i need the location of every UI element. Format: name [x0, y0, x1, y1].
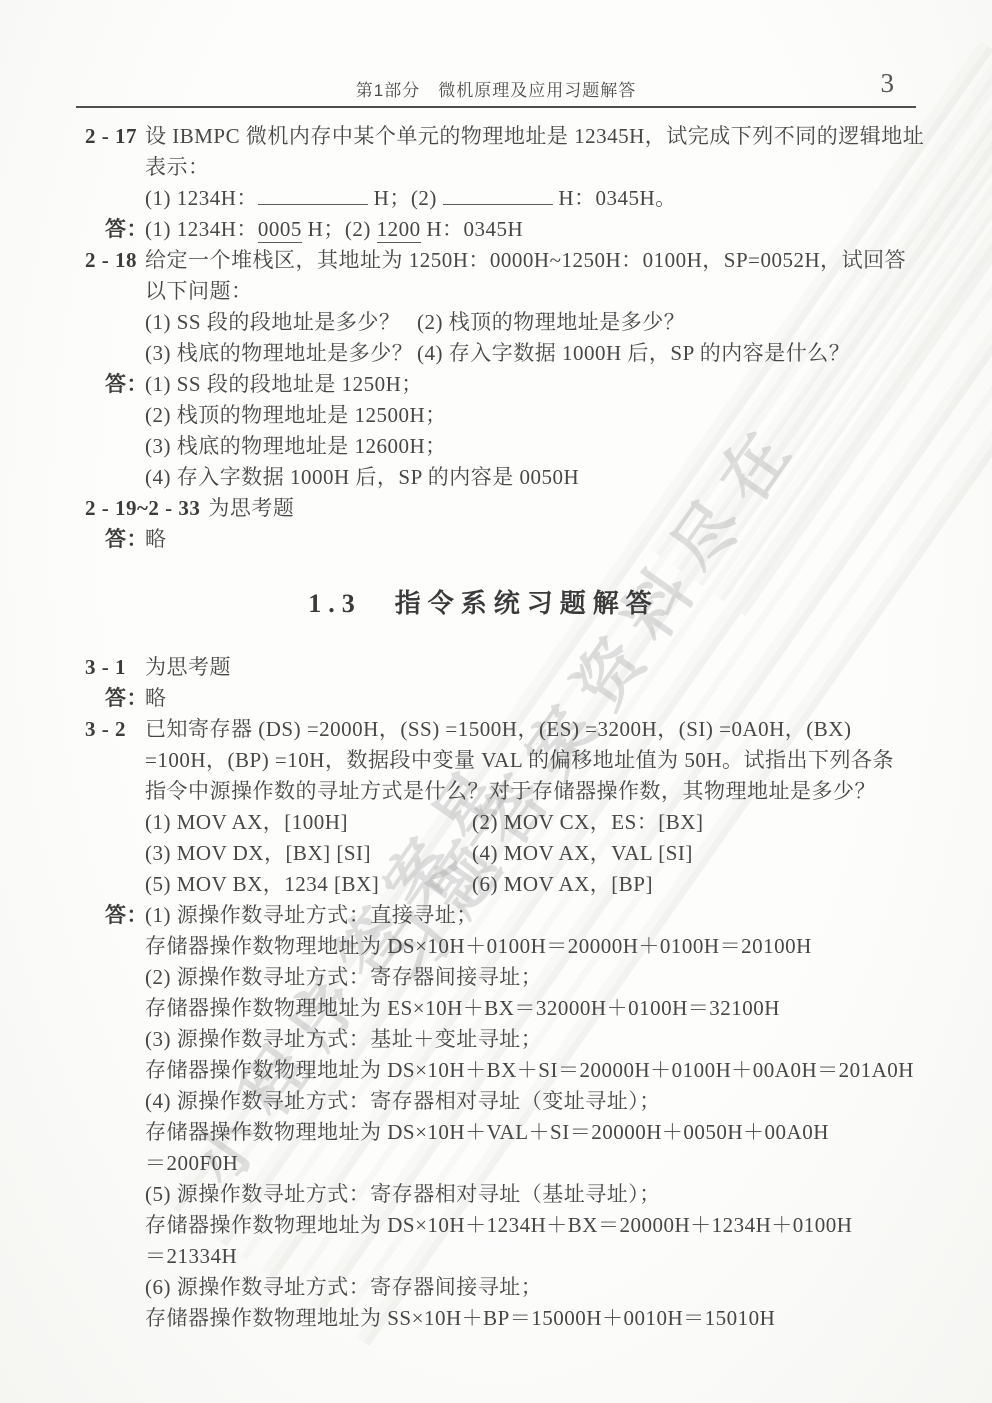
body-line: (4) 源操作数寻址方式：寄存器相对寻址（变址寻址）；	[85, 1086, 992, 1117]
column-2: (6) MOV AX，[BP]	[472, 872, 653, 896]
underlined-answer-value: 1200	[377, 217, 421, 243]
question-line: 2 - 19~2 - 33为思考题	[85, 493, 992, 524]
text-run: 为思考题	[208, 496, 294, 520]
text-run: (3) 源操作数寻址方式：基址＋变址寻址；	[145, 1027, 542, 1051]
column-1: (1) MOV AX，[100H]	[145, 807, 472, 838]
answer-line: 答：(1) SS 段的段地址是 1250H；	[85, 369, 992, 400]
body-line: 存储器操作数物理地址为 DS×10H＋1234H＋BX＝20000H＋1234H…	[85, 1210, 992, 1241]
text-run: 存储器操作数物理地址为 DS×10H＋0100H＝20000H＋0100H＝20…	[145, 934, 812, 958]
running-head-title: 第1部分 微机原理及应用习题解答	[76, 76, 916, 101]
text-run: (5) 源操作数寻址方式：寄存器相对寻址（基址寻址）；	[145, 1182, 661, 1206]
text-run: =100H，(BP) =10H，数据段中变量 VAL 的偏移地址值为 50H。试…	[145, 748, 894, 772]
body-line: 以下问题：	[85, 276, 992, 307]
text-run: ＝21334H	[145, 1244, 237, 1268]
document-body: 2 - 17设 IBMPC 微机内存中某个单元的物理地址是 12345H，试完成…	[0, 108, 992, 1334]
body-line: 表示：	[85, 152, 992, 183]
text-run: (2) 栈顶的物理地址是多少？	[417, 310, 685, 334]
question-number: 2 - 17	[85, 121, 145, 152]
text-run: 存储器操作数物理地址为 DS×10H＋VAL＋SI＝20000H＋0050H＋0…	[145, 1120, 829, 1144]
text-run: 给定一个堆栈区，其地址为 1250H：0000H~1250H：0100H，SP=…	[145, 248, 906, 272]
page-header: 第1部分 微机原理及应用习题解答 3	[0, 0, 992, 108]
text-run: 设 IBMPC 微机内存中某个单元的物理地址是 12345H，试完成下列不同的逻…	[145, 124, 924, 148]
answer-line: 答：(1) 1234H：0005 H；(2) 1200 H：0345H	[85, 214, 992, 245]
column-1: (3) 栈底的物理地址是多少？	[145, 338, 417, 369]
body-line: (1) MOV AX，[100H](2) MOV CX，ES：[BX]	[85, 807, 992, 838]
column-1: (5) MOV BX，1234 [BX]	[145, 869, 472, 900]
column-2: (4) 存入字数据 1000H 后，SP 的内容是什么？	[417, 341, 850, 365]
page-number: 3	[881, 68, 895, 99]
text-run: (2) 源操作数寻址方式：寄存器间接寻址；	[145, 965, 542, 989]
question-number: 3 - 1	[85, 652, 145, 683]
text-run: (1) 1234H：	[145, 217, 258, 241]
answer-label: 答：	[85, 683, 145, 714]
question-line: 3 - 2已知寄存器 (DS) =2000H，(SS) =1500H，(ES) …	[85, 714, 992, 745]
text-run: 已知寄存器 (DS) =2000H，(SS) =1500H，(ES) =3200…	[145, 717, 851, 741]
text-run: (5) MOV BX，1234 [BX]	[145, 872, 379, 896]
column-2: (2) 栈顶的物理地址是多少？	[417, 310, 685, 334]
body-line: (2) 栈顶的物理地址是 12500H；	[85, 400, 992, 431]
body-line: ＝200F0H	[85, 1148, 992, 1179]
question-line: 2 - 18给定一个堆栈区，其地址为 1250H：0000H~1250H：010…	[85, 245, 992, 276]
body-line: 存储器操作数物理地址为 ES×10H＋BX＝32000H＋0100H＝32100…	[85, 993, 992, 1024]
body-line: (3) 栈底的物理地址是 12600H；	[85, 431, 992, 462]
text-run: (6) MOV AX，[BP]	[472, 872, 653, 896]
blank-underline	[258, 189, 368, 205]
text-run: 略	[145, 527, 167, 551]
blank-underline	[443, 189, 553, 205]
answer-label: 答：	[85, 524, 145, 555]
text-run: 存储器操作数物理地址为 ES×10H＋BX＝32000H＋0100H＝32100…	[145, 996, 780, 1020]
answer-line: 答：略	[85, 524, 992, 555]
text-run: (4) MOV AX，VAL [SI]	[472, 841, 693, 865]
text-run: H：0345H。	[553, 186, 677, 210]
text-run: (2) MOV CX，ES：[BX]	[472, 810, 703, 834]
text-run: (3) 栈底的物理地址是 12600H；	[145, 434, 447, 458]
text-run: (1) SS 段的段地址是多少？	[145, 310, 400, 334]
text-run: 为思考题	[145, 655, 231, 679]
text-run: 存储器操作数物理地址为 SS×10H＋BP＝15000H＋0010H＝15010…	[145, 1306, 775, 1330]
question-line: 2 - 17设 IBMPC 微机内存中某个单元的物理地址是 12345H，试完成…	[85, 121, 992, 152]
text-run: H：0345H	[421, 217, 524, 241]
text-run: (6) 源操作数寻址方式：寄存器间接寻址；	[145, 1275, 542, 1299]
body-line: (5) MOV BX，1234 [BX](6) MOV AX，[BP]	[85, 869, 992, 900]
text-run: (1) 1234H：	[145, 186, 258, 210]
text-run: (1) SS 段的段地址是 1250H；	[145, 372, 423, 396]
text-run: 表示：	[145, 155, 210, 179]
question-number: 2 - 18	[85, 245, 145, 276]
answer-line: 答：(1) 源操作数寻址方式：直接寻址；	[85, 900, 992, 931]
question-number: 3 - 2	[85, 714, 145, 745]
body-line: 指令中源操作数的寻址方式是什么？对于存储器操作数，其物理地址是多少？	[85, 776, 992, 807]
text-run: 存储器操作数物理地址为 DS×10H＋BX＋SI＝20000H＋0100H＋00…	[145, 1058, 914, 1082]
answer-line: 答：略	[85, 683, 992, 714]
text-run: (1) MOV AX，[100H]	[145, 810, 348, 834]
underlined-answer-value: 0005	[258, 217, 302, 243]
text-run: (1) 源操作数寻址方式：直接寻址；	[145, 903, 478, 927]
question-line: 3 - 1为思考题	[85, 652, 992, 683]
text-run: 以下问题：	[145, 279, 253, 303]
body-line: (3) 栈底的物理地址是多少？(4) 存入字数据 1000H 后，SP 的内容是…	[85, 338, 992, 369]
body-line: 存储器操作数物理地址为 DS×10H＋0100H＝20000H＋0100H＝20…	[85, 931, 992, 962]
body-line: (6) 源操作数寻址方式：寄存器间接寻址；	[85, 1272, 992, 1303]
text-run: 存储器操作数物理地址为 DS×10H＋1234H＋BX＝20000H＋1234H…	[145, 1213, 852, 1237]
scanned-textbook-page: 习题答案资料尽在 小程序答案星 第1部分 微机原理及应用习题解答 3 2 - 1…	[0, 0, 992, 1403]
body-line: ＝21334H	[85, 1241, 992, 1272]
text-run: (4) 存入字数据 1000H 后，SP 的内容是什么？	[417, 341, 850, 365]
body-line: (3) 源操作数寻址方式：基址＋变址寻址；	[85, 1024, 992, 1055]
body-line: (5) 源操作数寻址方式：寄存器相对寻址（基址寻址）；	[85, 1179, 992, 1210]
text-run: (3) 栈底的物理地址是多少？	[145, 341, 413, 365]
body-line: (1) 1234H： H；(2) H：0345H。	[85, 183, 992, 214]
text-run: (4) 存入字数据 1000H 后，SP 的内容是 0050H	[145, 465, 579, 489]
body-line: 存储器操作数物理地址为 SS×10H＋BP＝15000H＋0010H＝15010…	[85, 1303, 992, 1334]
text-run: 指令中源操作数的寻址方式是什么？对于存储器操作数，其物理地址是多少？	[145, 779, 876, 803]
text-run: H；(2)	[302, 217, 377, 241]
text-run: 略	[145, 686, 167, 710]
body-line: 存储器操作数物理地址为 DS×10H＋VAL＋SI＝20000H＋0050H＋0…	[85, 1117, 992, 1148]
body-line: (2) 源操作数寻址方式：寄存器间接寻址；	[85, 962, 992, 993]
body-line: =100H，(BP) =10H，数据段中变量 VAL 的偏移地址值为 50H。试…	[85, 745, 992, 776]
question-number: 2 - 19~2 - 33	[85, 493, 208, 524]
answer-label: 答：	[85, 900, 145, 931]
section-heading: 1.3 指令系统习题解答	[85, 586, 882, 622]
text-run: (4) 源操作数寻址方式：寄存器相对寻址（变址寻址）；	[145, 1089, 661, 1113]
body-line: (1) SS 段的段地址是多少？(2) 栈顶的物理地址是多少？	[85, 307, 992, 338]
body-line: (4) 存入字数据 1000H 后，SP 的内容是 0050H	[85, 462, 992, 493]
text-run: 1.3 指令系统习题解答	[308, 589, 659, 618]
column-1: (3) MOV DX，[BX] [SI]	[145, 838, 472, 869]
column-2: (4) MOV AX，VAL [SI]	[472, 841, 693, 865]
answer-label: 答：	[85, 369, 145, 400]
answer-label: 答：	[85, 214, 145, 245]
text-run: ＝200F0H	[145, 1151, 238, 1175]
text-run: (3) MOV DX，[BX] [SI]	[145, 841, 371, 865]
body-line: 存储器操作数物理地址为 DS×10H＋BX＋SI＝20000H＋0100H＋00…	[85, 1055, 992, 1086]
column-1: (1) SS 段的段地址是多少？	[145, 307, 417, 338]
text-run: (2) 栈顶的物理地址是 12500H；	[145, 403, 447, 427]
column-2: (2) MOV CX，ES：[BX]	[472, 810, 703, 834]
body-line: (3) MOV DX，[BX] [SI](4) MOV AX，VAL [SI]	[85, 838, 992, 869]
text-run: H；(2)	[368, 186, 443, 210]
